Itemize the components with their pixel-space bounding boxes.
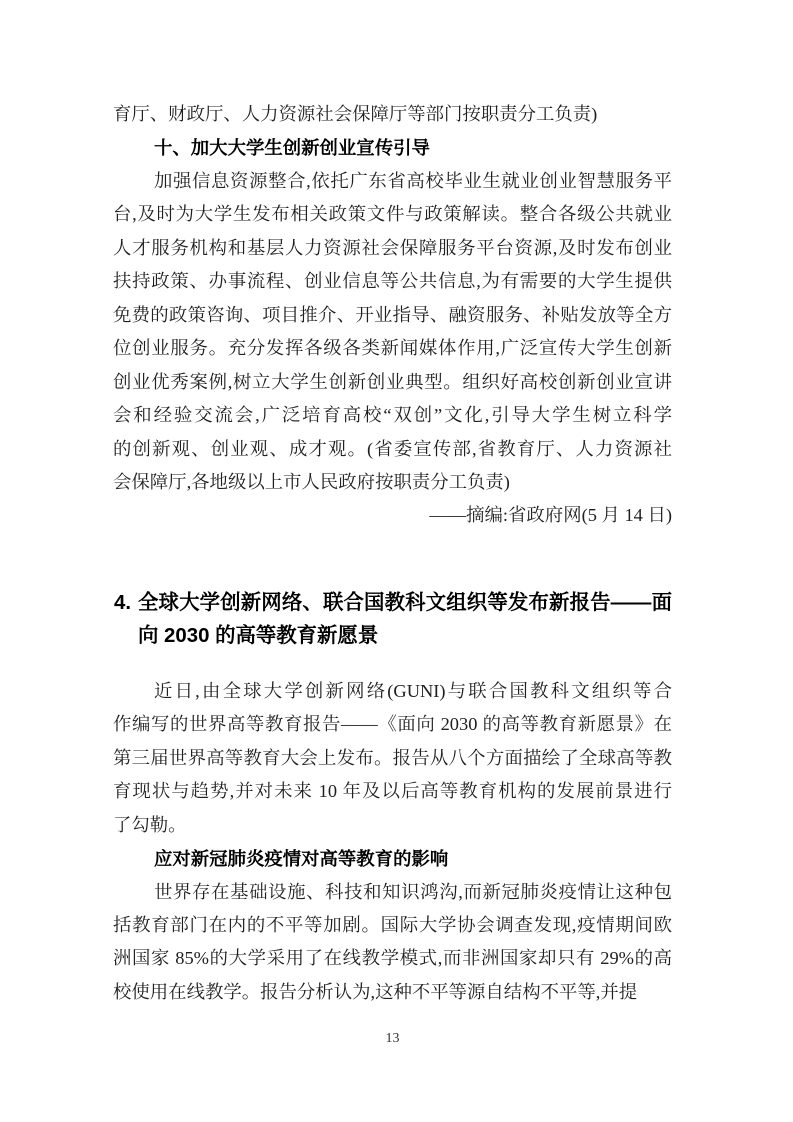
subhead-item-ten: 十、加大大学生创新创业宣传引导 [113,131,672,164]
text-line: 括教育部门在内的不平等加剧。国际大学协会调查发现,疫情期间欧 [113,909,672,942]
section-heading-4: 4.全球大学创新网络、联合国教科文组织等发布新报告——面向 2030 的高等教育… [113,587,672,654]
paragraph-continuation: 育厅、财政厅、人力资源社会保障厅等部门按职责分工负责) [113,98,672,131]
paragraph-guni-report: 近日,由全球大学创新网络(GUNI)与联合国教科文组织等合作编写的世界高等教育报… [113,675,672,842]
text-line: 扶持政策、办事流程、创业信息等公共信息,为有需要的大学生提供 [113,265,672,298]
text-line: 校使用在线教学。报告分析认为,这种不平等源自结构不平等,并提 [113,976,672,1009]
text-line: 创业优秀案例,树立大学生创新创业典型。组织好高校创新创业宣讲 [113,366,672,399]
subhead-covid-impact: 应对新冠肺炎疫情对高等教育的影响 [113,842,672,875]
text-line: 全球大学创新网络、联合国教科文组织等发布新报告——面 [138,587,672,620]
text-line: 会和经验交流会,广泛培育高校“双创”文化,引导大学生树立科学 [113,399,672,432]
text-line: 了勾勒。 [113,809,672,842]
text-line: 加强信息资源整合,依托广东省高校毕业生就业创业智慧服务平 [113,165,672,198]
text-line: 的创新观、创业观、成才观。(省委宣传部,省教育厅、人力资源社 [113,433,672,466]
text-line: 人才服务机构和基层人力资源社会保障服务平台资源,及时发布创业 [113,232,672,265]
document-page: 育厅、财政厅、人力资源社会保障厅等部门按职责分工负责)十、加大大学生创新创业宣传… [0,0,793,1122]
text-line: 向 2030 的高等教育新愿景 [138,620,672,653]
text-line: 育现状与趋势,并对未来 10 年及以后高等教育机构的发展前景进行 [113,775,672,808]
text-line: 会保障厅,各地级以上市人民政府按职责分工负责) [113,466,672,499]
text-line: 十、加大大学生创新创业宣传引导 [113,131,672,164]
text-line: 应对新冠肺炎疫情对高等教育的影响 [113,842,672,875]
text-line: 免费的政策咨询、项目推介、开业指导、融资服务、补贴发放等全方 [113,299,672,332]
text-line: 台,及时为大学生发布相关政策文件与政策解读。整合各级公共就业 [113,198,672,231]
text-line: ——摘编:省政府网(5 月 14 日) [113,499,672,532]
paragraph-publicity: 加强信息资源整合,依托广东省高校毕业生就业创业智慧服务平台,及时为大学生发布相关… [113,165,672,500]
text-line: 作编写的世界高等教育报告——《面向 2030 的高等教育新愿景》在 [113,708,672,741]
text-line: 位创业服务。充分发挥各级各类新闻媒体作用,广泛宣传大学生创新 [113,332,672,365]
page-number: 13 [113,1028,672,1049]
paragraph-inequality: 世界存在基础设施、科技和知识鸿沟,而新冠肺炎疫情让这种包括教育部门在内的不平等加… [113,876,672,1010]
heading-number: 4. [114,587,131,620]
source-attribution: ——摘编:省政府网(5 月 14 日) [113,499,672,532]
text-line: 洲国家 85%的大学采用了在线教学模式,而非洲国家却只有 29%的高 [113,942,672,975]
text-line: 世界存在基础设施、科技和知识鸿沟,而新冠肺炎疫情让这种包 [113,876,672,909]
text-line: 育厅、财政厅、人力资源社会保障厅等部门按职责分工负责) [113,98,672,131]
text-line: 近日,由全球大学创新网络(GUNI)与联合国教科文组织等合 [113,675,672,708]
page-content: 育厅、财政厅、人力资源社会保障厅等部门按职责分工负责)十、加大大学生创新创业宣传… [113,98,672,1009]
text-line: 第三届世界高等教育大会上发布。报告从八个方面描绘了全球高等教 [113,742,672,775]
